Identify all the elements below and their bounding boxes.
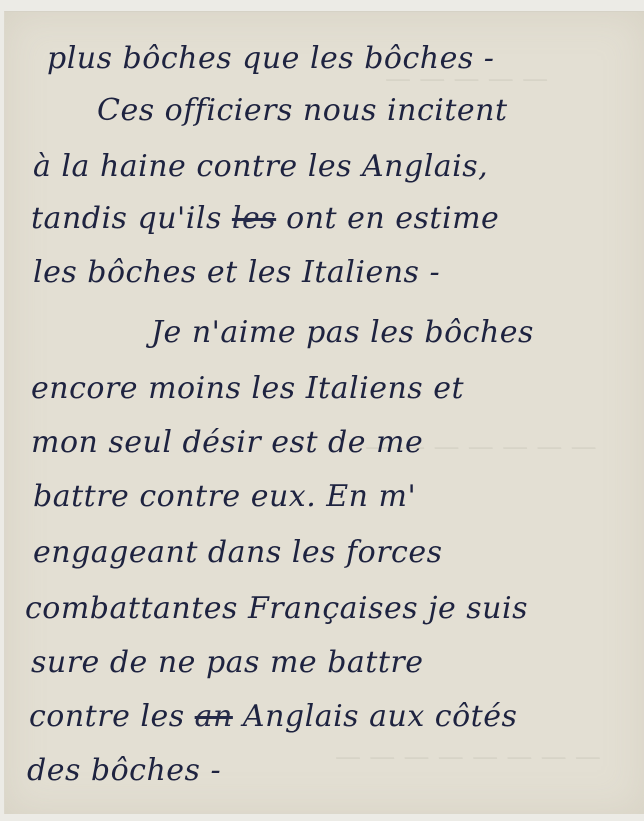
- handwritten-line: battre contre eux. En m': [33, 482, 416, 512]
- handwritten-line: sure de ne pas me battre: [31, 648, 424, 678]
- handwritten-line: engageant dans les forces: [33, 538, 443, 568]
- handwritten-line: des bôches -: [27, 756, 221, 786]
- bleed-through-text: — — — — — — — —: [335, 742, 601, 772]
- handwritten-line: encore moins les Italiens et: [31, 374, 464, 404]
- handwritten-line: les bôches et les Italiens -: [33, 258, 440, 288]
- text-segment: tandis qu'ils: [31, 201, 232, 236]
- handwritten-line: Je n'aime pas les bôches: [151, 318, 534, 348]
- handwritten-line: combattantes Françaises je suis: [25, 594, 528, 624]
- text-segment: Anglais aux côtés: [233, 699, 517, 734]
- struck-out-word: an: [195, 699, 233, 734]
- text-segment: contre les: [29, 699, 195, 734]
- handwritten-line: Ces officiers nous incitent: [97, 96, 508, 126]
- handwritten-line: à la haine contre les Anglais,: [33, 152, 488, 182]
- handwritten-line: tandis qu'ils les ont en estime: [31, 204, 499, 234]
- text-segment: ont en estime: [276, 201, 499, 236]
- handwritten-line: contre les an Anglais aux côtés: [29, 702, 517, 732]
- handwritten-line: mon seul désir est de me: [31, 428, 423, 458]
- letter-page: — — — — — — — — — — — — — — — — — — — — …: [4, 11, 644, 814]
- struck-out-word: les: [232, 201, 276, 236]
- handwritten-line: plus bôches que les bôches -: [47, 44, 494, 74]
